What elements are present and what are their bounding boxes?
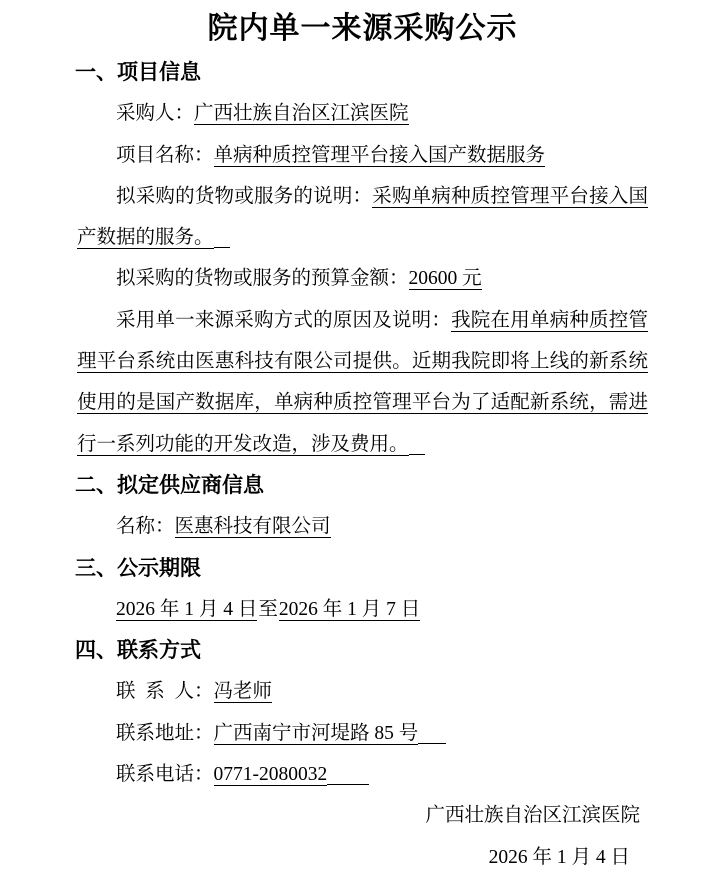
field-budget: 拟采购的货物或服务的预算金额：20600 元 [77, 258, 648, 299]
period-start-date: 2026 年 1 月 4 日 [116, 599, 257, 621]
field-contact-phone-value: 0771-2080032 [214, 764, 328, 786]
field-description: 拟采购的货物或服务的说明：采购单病种质控管理平台接入国产数据的服务。 [77, 176, 648, 259]
blank-underline [418, 743, 446, 744]
field-contact-address-value: 广西南宁市河堤路 85 号 [214, 723, 419, 745]
field-project-name: 项目名称：单病种质控管理平台接入国产数据服务 [77, 135, 648, 176]
field-contact-person: 联 系 人：冯老师 [77, 671, 648, 712]
field-reason-value: 我院在用单病种质控管理平台系统由医惠科技有限公司提供。近期我院即将上线的新系统使… [77, 310, 648, 456]
field-contact-phone-label: 联系电话： [116, 764, 214, 785]
field-budget-value: 20600 元 [409, 268, 482, 290]
field-supplier-name-label: 名称： [116, 516, 175, 537]
document-title: 院内单一来源采购公示 [77, 6, 648, 52]
procurement-notice-document: 院内单一来源采购公示 一、项目信息 采购人：广西壮族自治区江滨医院 项目名称：单… [0, 0, 723, 887]
period-end-date: 2026 年 1 月 7 日 [279, 599, 420, 621]
blank-underline [409, 454, 425, 455]
signature-date: 2026 年 1 月 4 日 [77, 837, 648, 878]
field-reason: 采用单一来源采购方式的原因及说明：我院在用单病种质控管理平台系统由医惠科技有限公… [77, 300, 648, 465]
field-purchaser-label: 采购人： [116, 103, 194, 124]
field-contact-address: 联系地址：广西南宁市河堤路 85 号 [77, 713, 648, 754]
section-heading-supplier: 二、拟定供应商信息 [75, 465, 648, 506]
field-description-label: 拟采购的货物或服务的说明： [116, 186, 372, 207]
section-heading-contact: 四、联系方式 [75, 630, 648, 671]
field-contact-address-label: 联系地址： [116, 723, 214, 744]
field-purchaser: 采购人：广西壮族自治区江滨医院 [77, 93, 648, 134]
field-supplier-name: 名称：医惠科技有限公司 [77, 506, 648, 547]
blank-underline [214, 247, 230, 248]
field-contact-person-label: 联 系 人： [116, 681, 214, 702]
field-contact-phone: 联系电话：0771-2080032 [77, 754, 648, 795]
field-purchaser-value: 广西壮族自治区江滨医院 [194, 103, 409, 125]
blank-underline [327, 784, 369, 785]
field-publicity-period: 2026 年 1 月 4 日至2026 年 1 月 7 日 [77, 589, 648, 630]
section-heading-project-info: 一、项目信息 [75, 52, 648, 93]
field-budget-label: 拟采购的货物或服务的预算金额： [116, 268, 409, 289]
period-separator: 至 [257, 599, 279, 620]
signature-organization: 广西壮族自治区江滨医院 [77, 795, 648, 836]
section-heading-period: 三、公示期限 [75, 548, 648, 589]
field-project-name-label: 项目名称： [116, 145, 214, 166]
field-project-name-value: 单病种质控管理平台接入国产数据服务 [214, 145, 546, 167]
field-reason-label: 采用单一来源采购方式的原因及说明： [116, 310, 451, 331]
field-contact-person-value: 冯老师 [214, 681, 273, 703]
field-supplier-name-value: 医惠科技有限公司 [175, 516, 331, 538]
